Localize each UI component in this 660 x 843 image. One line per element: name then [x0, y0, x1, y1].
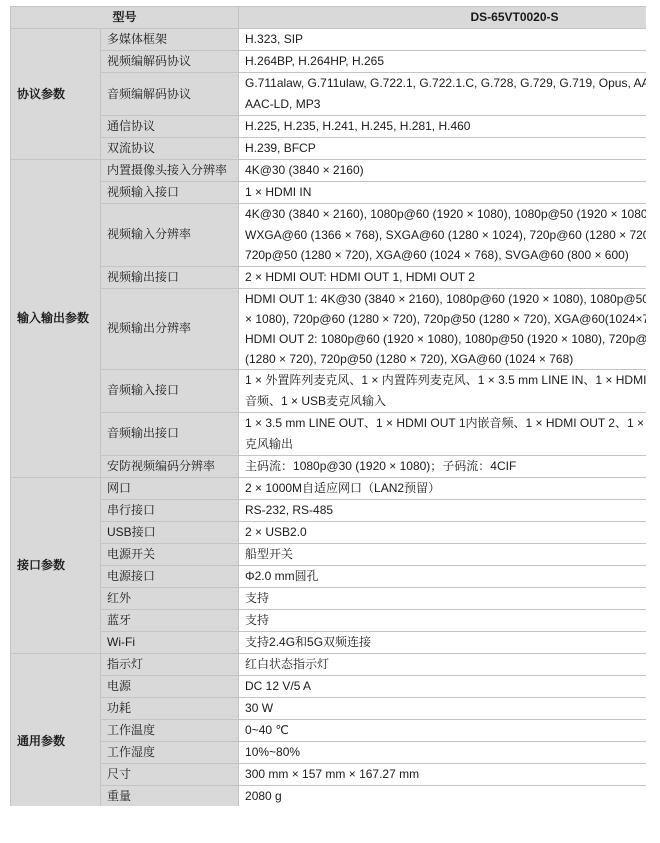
table-row: 通用参数指示灯红白状态指示灯	[11, 653, 647, 675]
spec-value-line: (1280 × 720), 720p@50 (1280 × 720), XGA@…	[245, 349, 646, 369]
table-row: 音频输入接口1 × 外置阵列麦克风、1 × 内置阵列麦克风、1 × 3.5 mm…	[11, 369, 647, 412]
table-row: 串行接口RS-232, RS-485	[11, 499, 647, 521]
spec-value: 支持	[239, 609, 646, 631]
model-name: DS-65VT0020-S	[239, 7, 646, 29]
spec-value: 红白状态指示灯	[239, 653, 646, 675]
spec-value-line: 支持	[245, 610, 646, 631]
spec-value-line: 克风输出	[245, 434, 646, 455]
spec-value-line: 音频、1 × USB麦克风输入	[245, 391, 646, 412]
spec-value: 4K@30 (3840 × 2160)	[239, 160, 646, 182]
table-row: 电源接口Φ2.0 mm圆孔	[11, 565, 647, 587]
spec-label: 电源接口	[101, 565, 239, 587]
spec-label: 电源开关	[101, 543, 239, 565]
spec-value-line: Φ2.0 mm圆孔	[245, 566, 646, 587]
table-row: 电源开关船型开关	[11, 543, 647, 565]
spec-value-line: HDMI OUT 1: 4K@30 (3840 × 2160), 1080p@6…	[245, 289, 646, 309]
spec-value: G.711alaw, G.711ulaw, G.722.1, G.722.1.C…	[239, 73, 646, 116]
table-row: 视频编解码协议H.264BP, H.264HP, H.265	[11, 51, 647, 73]
group-label: 接口参数	[11, 477, 101, 653]
spec-value-line: DC 12 V/5 A	[245, 676, 646, 697]
spec-value-line: 船型开关	[245, 544, 646, 565]
table-row: 音频输出接口1 × 3.5 mm LINE OUT、1 × HDMI OUT 1…	[11, 412, 647, 455]
table-row: 电源DC 12 V/5 A	[11, 675, 647, 697]
table-row: 双流协议H.239, BFCP	[11, 138, 647, 160]
spec-value-line: 支持	[245, 588, 646, 609]
spec-value-line: H.239, BFCP	[245, 138, 646, 159]
spec-value: H.239, BFCP	[239, 138, 646, 160]
group-label: 通用参数	[11, 653, 101, 806]
spec-value-line: WXGA@60 (1366 × 768), SXGA@60 (1280 × 10…	[245, 225, 646, 246]
spec-value: H.225, H.235, H.241, H.245, H.281, H.460	[239, 116, 646, 138]
spec-value-line: H.323, SIP	[245, 29, 646, 50]
spec-value-line: HDMI OUT 2: 1080p@60 (1920 × 1080), 1080…	[245, 329, 646, 349]
spec-label: 双流协议	[101, 138, 239, 160]
spec-value: 船型开关	[239, 543, 646, 565]
spec-value: 10%~80%	[239, 741, 646, 763]
spec-value: H.323, SIP	[239, 29, 646, 51]
table-row: 视频输入接口1 × HDMI IN	[11, 182, 647, 204]
spec-value-line: 1 × 外置阵列麦克风、1 × 内置阵列麦克风、1 × 3.5 mm LINE …	[245, 370, 646, 391]
spec-value-line: 4K@30 (3840 × 2160), 1080p@60 (1920 × 10…	[245, 204, 646, 225]
table-row: 接口参数网口2 × 1000M自适应网口（LAN2预留）	[11, 477, 647, 499]
table-header-row: 型号 DS-65VT0020-S	[11, 7, 647, 29]
group-label: 输入输出参数	[11, 160, 101, 478]
spec-label: 尺寸	[101, 763, 239, 785]
spec-label: 内置摄像头接入分辨率	[101, 160, 239, 182]
spec-value-line: 300 mm × 157 mm × 167.27 mm	[245, 764, 646, 785]
table-row: 蓝牙支持	[11, 609, 647, 631]
spec-value-line: 2 × 1000M自适应网口（LAN2预留）	[245, 478, 646, 499]
spec-value: 30 W	[239, 697, 646, 719]
spec-value: 4K@30 (3840 × 2160), 1080p@60 (1920 × 10…	[239, 204, 646, 267]
spec-value: 0~40 ℃	[239, 719, 646, 741]
spec-value-line: 30 W	[245, 698, 646, 719]
spec-value-line: 10%~80%	[245, 742, 646, 763]
spec-value-line: 2080 g	[245, 786, 646, 806]
spec-value: 主码流：1080p@30 (1920 × 1080)；子码流：4CIF	[239, 455, 646, 477]
spec-label: Wi-Fi	[101, 631, 239, 653]
spec-label: 多媒体框架	[101, 29, 239, 51]
table-row: USB接口2 × USB2.0	[11, 521, 647, 543]
spec-value-line: 4K@30 (3840 × 2160)	[245, 160, 646, 181]
table-row: 功耗30 W	[11, 697, 647, 719]
table-row: 工作湿度10%~80%	[11, 741, 647, 763]
table-row: 视频输入分辨率4K@30 (3840 × 2160), 1080p@60 (19…	[11, 204, 647, 267]
table-row: 协议参数多媒体框架H.323, SIP	[11, 29, 647, 51]
spec-value-line: 0~40 ℃	[245, 720, 646, 741]
spec-value: 支持2.4G和5G双频连接	[239, 631, 646, 653]
spec-label: 串行接口	[101, 499, 239, 521]
spec-value: 支持	[239, 587, 646, 609]
spec-value: DC 12 V/5 A	[239, 675, 646, 697]
spec-value: 1 × 3.5 mm LINE OUT、1 × HDMI OUT 1内嵌音频、1…	[239, 412, 646, 455]
spec-label: 功耗	[101, 697, 239, 719]
spec-label: 电源	[101, 675, 239, 697]
spec-label: 红外	[101, 587, 239, 609]
spec-label: 音频输入接口	[101, 369, 239, 412]
spec-value-line: × 1080), 720p@60 (1280 × 720), 720p@50 (…	[245, 309, 646, 329]
spec-label: 视频输入分辨率	[101, 204, 239, 267]
table-row: 输入输出参数内置摄像头接入分辨率4K@30 (3840 × 2160)	[11, 160, 647, 182]
spec-value-line: H.225, H.235, H.241, H.245, H.281, H.460	[245, 116, 646, 137]
spec-table: 型号 DS-65VT0020-S 协议参数多媒体框架H.323, SIP视频编解…	[10, 6, 646, 806]
table-row: 通信协议H.225, H.235, H.241, H.245, H.281, H…	[11, 116, 647, 138]
spec-label: 蓝牙	[101, 609, 239, 631]
spec-value-line: G.711alaw, G.711ulaw, G.722.1, G.722.1.C…	[245, 73, 646, 94]
spec-label: 指示灯	[101, 653, 239, 675]
spec-label: 网口	[101, 477, 239, 499]
spec-label: 安防视频编码分辨率	[101, 455, 239, 477]
spec-label: 音频编解码协议	[101, 73, 239, 116]
spec-label: 通信协议	[101, 116, 239, 138]
spec-value: H.264BP, H.264HP, H.265	[239, 51, 646, 73]
spec-value: 300 mm × 157 mm × 167.27 mm	[239, 763, 646, 785]
spec-table-viewport: 型号 DS-65VT0020-S 协议参数多媒体框架H.323, SIP视频编解…	[10, 6, 646, 806]
table-row: 音频编解码协议G.711alaw, G.711ulaw, G.722.1, G.…	[11, 73, 647, 116]
spec-label: 工作温度	[101, 719, 239, 741]
spec-label: 视频输入接口	[101, 182, 239, 204]
spec-value: 2 × HDMI OUT: HDMI OUT 1, HDMI OUT 2	[239, 266, 646, 288]
table-row: 红外支持	[11, 587, 647, 609]
spec-value: HDMI OUT 1: 4K@30 (3840 × 2160), 1080p@6…	[239, 288, 646, 369]
model-label: 型号	[11, 7, 239, 29]
spec-value-line: 支持2.4G和5G双频连接	[245, 632, 646, 653]
group-label: 协议参数	[11, 29, 101, 160]
spec-value-line: 2 × HDMI OUT: HDMI OUT 1, HDMI OUT 2	[245, 267, 646, 288]
table-row: 安防视频编码分辨率主码流：1080p@30 (1920 × 1080)；子码流：…	[11, 455, 647, 477]
table-row: 尺寸300 mm × 157 mm × 167.27 mm	[11, 763, 647, 785]
spec-label: 视频输出分辨率	[101, 288, 239, 369]
spec-value-line: 主码流：1080p@30 (1920 × 1080)；子码流：4CIF	[245, 456, 646, 477]
spec-label: 视频编解码协议	[101, 51, 239, 73]
table-row: 视频输出接口2 × HDMI OUT: HDMI OUT 1, HDMI OUT…	[11, 266, 647, 288]
table-row: 重量2080 g	[11, 785, 647, 806]
spec-value-line: 2 × USB2.0	[245, 522, 646, 543]
spec-label: 工作湿度	[101, 741, 239, 763]
table-row: Wi-Fi支持2.4G和5G双频连接	[11, 631, 647, 653]
spec-value-line: H.264BP, H.264HP, H.265	[245, 51, 646, 72]
spec-value: 2 × USB2.0	[239, 521, 646, 543]
spec-value: 2080 g	[239, 785, 646, 806]
table-row: 工作温度0~40 ℃	[11, 719, 647, 741]
spec-value: 2 × 1000M自适应网口（LAN2预留）	[239, 477, 646, 499]
spec-label: 重量	[101, 785, 239, 806]
spec-label: 音频输出接口	[101, 412, 239, 455]
spec-value-line: 1 × HDMI IN	[245, 182, 646, 203]
table-row: 视频输出分辨率HDMI OUT 1: 4K@30 (3840 × 2160), …	[11, 288, 647, 369]
spec-value: RS-232, RS-485	[239, 499, 646, 521]
spec-label: 视频输出接口	[101, 266, 239, 288]
spec-value-line: RS-232, RS-485	[245, 500, 646, 521]
spec-value: 1 × HDMI IN	[239, 182, 646, 204]
spec-label: USB接口	[101, 521, 239, 543]
spec-value-line: 720p@50 (1280 × 720), XGA@60 (1024 × 768…	[245, 245, 646, 266]
spec-value-line: 红白状态指示灯	[245, 654, 646, 675]
spec-value: 1 × 外置阵列麦克风、1 × 内置阵列麦克风、1 × 3.5 mm LINE …	[239, 369, 646, 412]
spec-value-line: AAC-LD, MP3	[245, 94, 646, 115]
spec-value-line: 1 × 3.5 mm LINE OUT、1 × HDMI OUT 1内嵌音频、1…	[245, 413, 646, 434]
spec-value: Φ2.0 mm圆孔	[239, 565, 646, 587]
